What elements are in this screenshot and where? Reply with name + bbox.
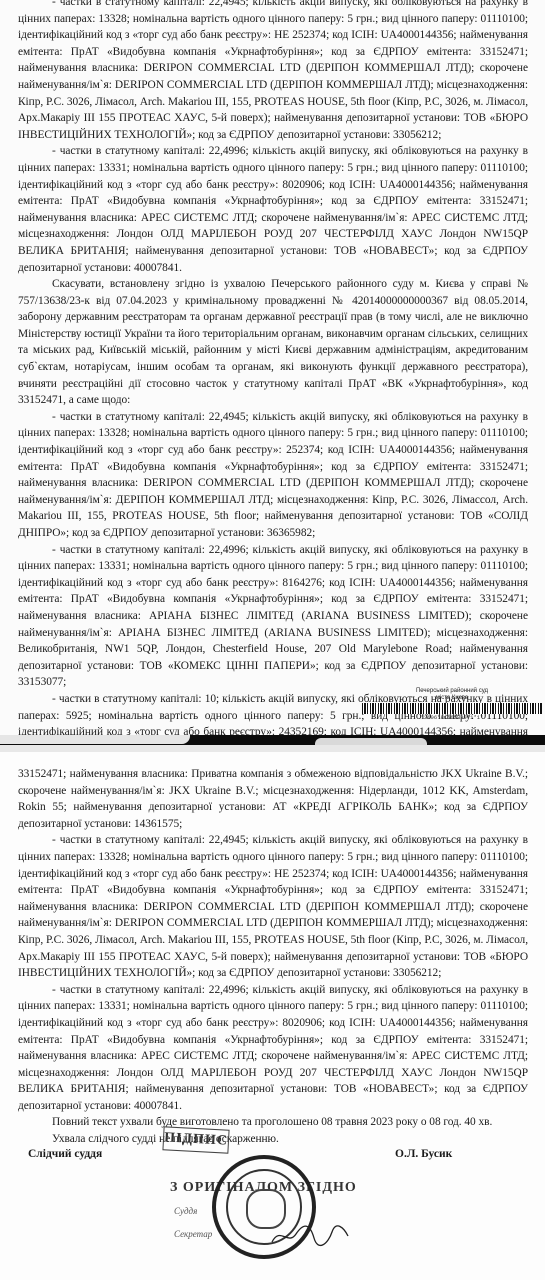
paragraph: - частки в статутному капіталі: 22,4996;… — [18, 542, 528, 691]
stamp-judge-line: Суддя — [174, 1206, 197, 1216]
paragraph: - частки в статутному капіталі: 22,4996;… — [18, 982, 528, 1115]
document-page-1: - частки в статутному капіталі: 22,4945;… — [0, 0, 545, 735]
barcode-icon — [362, 703, 542, 714]
judge-title: Слідчий суддя — [28, 1148, 102, 1160]
stamp-secretary-line: Секретар — [174, 1229, 212, 1239]
barcode-number: *2606*81565839*1*1* — [362, 714, 542, 721]
court-barcode-label: Печерський районний суд міста Києва *260… — [362, 688, 542, 721]
barcode-court-city: міста Києва — [362, 695, 542, 702]
paragraph: Ухвала слідчого судді не підлягає оскарж… — [18, 1131, 528, 1148]
paragraph: Повний текст ухвали буде виготовлено та … — [18, 1114, 528, 1131]
judge-name: О.Л. Бусик — [395, 1148, 452, 1160]
handwritten-signature-icon — [270, 1222, 350, 1248]
barcode-court-name: Печерський районний суд — [362, 688, 542, 695]
paragraph: - частки в статутному капіталі: 22,4945;… — [18, 0, 528, 143]
paragraph: 33152471; найменування власника: Приватн… — [18, 766, 528, 832]
paragraph: - частки в статутному капіталі: 22,4996;… — [18, 143, 528, 276]
signature-stamp: ПІДПИС — [162, 1126, 229, 1153]
paragraph: - частки в статутному капіталі: 22,4945;… — [18, 409, 528, 542]
paragraph: Скасувати, встановлену згідно із ухвалою… — [18, 276, 528, 409]
page-1-body: - частки в статутному капіталі: 22,4945;… — [18, 0, 528, 757]
scan-edge-highlight — [0, 735, 190, 744]
paragraph: - частки в статутному капіталі: 22,4945;… — [18, 832, 528, 981]
page-2-body: 33152471; найменування власника: Приватн… — [18, 766, 528, 1148]
